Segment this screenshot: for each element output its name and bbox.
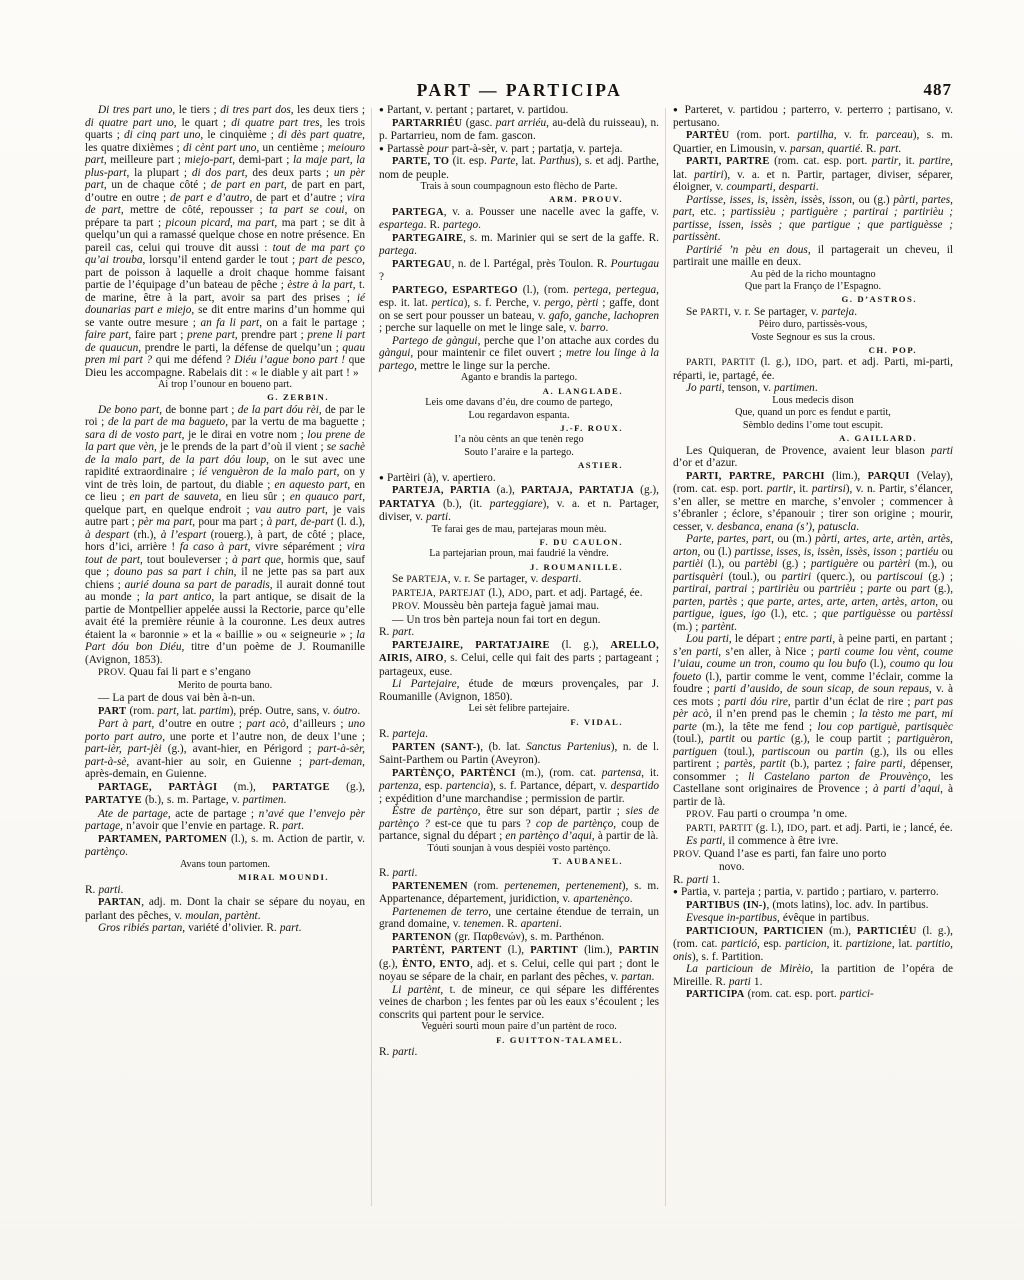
entry-paragraph: PARTICIOUN, PARTICIEN (m.), PARTICIÉU (l… [673,925,953,964]
entry-paragraph: Evesque in-partibus, évêque in partibus. [673,912,953,925]
column-2: ● Partant, v. pertant ; partaret, v. par… [379,104,659,1059]
verse-line: I’a nòu cènts an que tenèn rego [379,434,659,446]
verse-line: Lou regardavon espanta. [379,410,659,422]
column-3: ● Parteret, v. partidou ; parterro, v. p… [673,104,953,1059]
entry-paragraph: PARTÈU (rom. port. partilha, v. fr. parc… [673,129,953,155]
attribution: A. GAILLARD. [673,432,953,444]
entry-paragraph: Se PARTEJA, v. r. Se partager, v. despar… [379,573,659,587]
paragraph: ● Partia, v. parteja ; partia, v. partid… [673,886,953,899]
attribution: J.-F. ROUX. [379,422,659,434]
verse-line: Lei sèt felibre partejaire. [379,703,659,715]
verse-line: Pèiro duro, partissès-vous, [673,319,953,331]
entry-paragraph: La particioun de Mirèio, la partition de… [673,963,953,988]
attribution: F. DU CAULON. [379,536,659,548]
verse-line: Te farai ges de mau, partejaras moun mèu… [379,524,659,536]
verse-line: Ai trop l’ounour en boueno part. [85,379,365,391]
attribution: F. VIDAL. [379,716,659,728]
entry-paragraph: Li Partejaire, étude de mœurs provençale… [379,678,659,703]
verse-line: Lous medecis dison [673,395,953,407]
paragraph: ● Partèiri (à), v. apertiero. [379,472,659,485]
attribution: CH. POP. [673,344,953,356]
entry-paragraph: PARTEJA, PARTEJAT (l.), ADO, part. et ad… [379,587,659,601]
verse-line: Aganto e brandis la partego. [379,372,659,384]
page-title: PART — PARTICIPA [85,80,954,101]
verse-line: Merito de pourta bano. [85,680,365,692]
entry-paragraph: PARTAGE, PARTÀGI (m.), PARTATGE (g.), PA… [85,781,365,808]
entry-paragraph: PARTENON (gr. Παρθενών), s. m. Parthénon… [379,931,659,945]
paragraph: R. parteja. [379,728,659,741]
entry-bullet-icon: ● [379,473,384,482]
entry-paragraph: PARTEGAIRE, s. m. Marinier qui se sert d… [379,232,659,258]
dictionary-page: PART — PARTICIPA 487 Di tres part uno, l… [0,0,1024,1280]
paragraph: R. parti. [379,867,659,880]
entry-paragraph: Partenemen de terro, une certaine étendu… [379,906,659,931]
entry-paragraph: — La part de dous vai bèn à-n-un. [85,692,365,705]
verse-line: Tóuti sounjan à vous despièi vosto partè… [379,843,659,855]
column-1: Di tres part uno, le tiers ; di tres par… [85,104,365,1059]
entry-paragraph: PARTARRIÉU (gasc. part arriéu, au-delà d… [379,117,659,143]
entry-paragraph: PARTÈNT, PARTENT (l.), PARTINT (lim.), P… [379,944,659,984]
entry-paragraph: Es parti, il commence à être ivre. [673,835,953,848]
verse-line: Que, quand un porc es fendut e partit, [673,407,953,419]
entry-paragraph: PARTEJA, PARTIA (a.), PARTAJA, PARTATJA … [379,484,659,524]
attribution: ASTIER. [379,459,659,471]
entry-paragraph: PROV. Fau parti o croumpa ’n ome. [673,808,953,822]
entry-paragraph: PARTE, TO (it. esp. Parte, lat. Parthus)… [379,155,659,181]
verse-line: Avans toun partomen. [85,859,365,871]
entry-paragraph: PARTAN, adj. m. Dont la chair se sépare … [85,896,365,922]
entry-paragraph: Part à part, d’outre en outre ; part acò… [85,718,365,781]
attribution: G. ZERBIN. [85,391,365,403]
verse-line: Veguèri sourti moun paire d’un partènt d… [379,1021,659,1033]
entry-paragraph: PARTÈNÇO, PARTÈNCI (m.), (rom. cat. part… [379,767,659,806]
entry-paragraph: PARTIBUS (IN-), (mots latins), loc. adv.… [673,899,953,913]
entry-paragraph: Lou parti, le départ ; entre parti, à pe… [673,633,953,808]
entry-paragraph: — Un tros bèn parteja noun fai tort en d… [379,614,659,627]
entry-paragraph: Li partènt, t. de mineur, ce qui sépare … [379,984,659,1022]
page-number: 487 [924,80,953,100]
entry-paragraph: PARTI, PARTRE, PARCHI (lim.), PARQUI (Ve… [673,470,953,534]
entry-paragraph: PARTENEMEN (rom. pertenemen, pertenement… [379,880,659,906]
entry-paragraph: PARTI, PARTIT (l. g.), IDO, part. et adj… [673,356,953,382]
entry-paragraph: Jo parti, tenson, v. partimen. [673,382,953,395]
entry-paragraph: Les Quiqueran, de Provence, avaient leur… [673,445,953,470]
entry-paragraph: Partego de gàngui, perche que l’on attac… [379,335,659,373]
entry-paragraph: Parte, partes, part, ou (m.) pàrti, arte… [673,533,953,633]
entry-bullet-icon: ● [379,144,384,153]
paragraph: ● Partant, v. pertant ; partaret, v. par… [379,104,659,117]
attribution: F. GUITTON-TALAMEL. [379,1034,659,1046]
verse-line: Au pèd de la richo mountagno [673,269,953,281]
entry-paragraph: Di tres part uno, le tiers ; di tres par… [85,104,365,379]
entry-paragraph: PARTEGA, v. a. Pousser une nacelle avec … [379,206,659,232]
entry-paragraph: PARTI, PARTIT (g. l.), IDO, part. et adj… [673,822,953,836]
paragraph: PROV. Quand l’ase es parti, fan faire un… [673,848,953,862]
entry-paragraph: Se PARTI, v. r. Se partager, v. parteja. [673,306,953,320]
paragraph: ● Partassè pour part-à-sèr, v. part ; pa… [379,143,659,156]
verse-line: Que part la Franço de l’Espagno. [673,281,953,293]
paragraph: ● Parteret, v. partidou ; parterro, v. p… [673,104,953,129]
verse-line: Voste Segnour es sus la crous. [673,332,953,344]
text-columns: Di tres part uno, le tiers ; di tres par… [85,104,953,1059]
entry-paragraph: PARTEGO, ESPARTEGO (l.), (rom. pertega, … [379,284,659,335]
entry-paragraph: PROV. Quau fai li part e s’engano [85,666,365,680]
verse-line: La partejarian proun, mai faudrié la vèn… [379,548,659,560]
attribution: A. LANGLADE. [379,385,659,397]
entry-paragraph: PARTI, PARTRE (rom. cat. esp. port. part… [673,155,953,194]
entry-paragraph: PARTICIPA (rom. cat. esp. port. partici- [673,988,953,1002]
attribution: T. AUBANEL. [379,855,659,867]
paragraph: R. parti. [379,1046,659,1059]
entry-paragraph: De bono part, de bonne part ; de la part… [85,404,365,667]
page-header: PART — PARTICIPA 487 [85,80,954,104]
entry-paragraph: PROV. Moussèu bèn parteja faguè jamai ma… [379,600,659,614]
attribution: ARM. PROUV. [379,193,659,205]
verse-line: Leis ome davans d’éu, dre coumo de parte… [379,397,659,409]
attribution: G. D’ASTROS. [673,293,953,305]
entry-paragraph: Partirié ’n pèu en dous, il partagerait … [673,244,953,269]
entry-bullet-icon: ● [673,105,680,114]
entry-paragraph: PARTEN (SANT-), (b. lat. Sanctus Parteni… [379,741,659,767]
entry-bullet-icon: ● [379,105,384,114]
verse-line: Souto l’araire e la partego. [379,447,659,459]
entry-paragraph: PARTEGAU, n. de l. Partégal, près Toulon… [379,258,659,284]
entry-paragraph: PARTEJAIRE, PARTATJAIRE (l. g.), ARELLO,… [379,639,659,679]
entry-paragraph: Partisse, isses, is, issèn, issès, isson… [673,194,953,244]
entry-paragraph: Èstre de partènço, être sur son départ, … [379,805,659,843]
entry-paragraph: PARTAMEN, PARTOMEN (l.), s. m. Action de… [85,833,365,859]
paragraph: R. parti. [85,884,365,897]
entry-bullet-icon: ● [673,887,678,896]
paragraph: R. part. [379,626,659,639]
attribution: J. ROUMANILLE. [379,561,659,573]
entry-paragraph: Gros ribiés partan, variété d’olivier. R… [85,922,365,935]
entry-paragraph: PART (rom. part, lat. partim), prép. Out… [85,705,365,719]
attribution: MIRAL MOUNDI. [85,871,365,883]
verse-line: Sèmblo dedins l’ome tout escupit. [673,420,953,432]
paragraph: R. parti 1. [673,874,953,887]
verse-line: Trais à soun coumpagnoun esto flècho de … [379,181,659,193]
verse-continuation: novo. [673,861,953,874]
entry-paragraph: Ate de partage, acte de partage ; n’avé … [85,808,365,833]
